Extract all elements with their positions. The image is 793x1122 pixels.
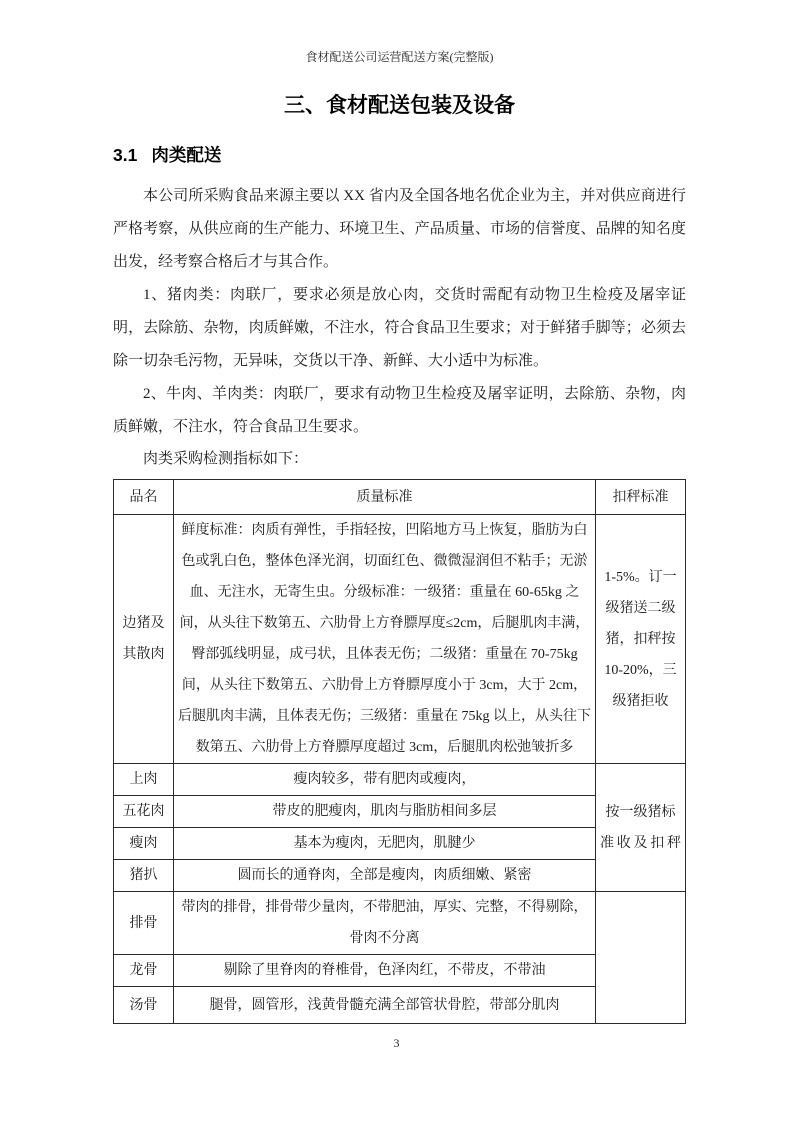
table-header-row: 品名 质量标准 扣秤标准 [114, 480, 686, 515]
quality-cell: 圆而长的通脊肉，全部是瘦肉，肉质细嫩、紧密 [174, 860, 596, 892]
section-number: 3.1 [113, 145, 137, 165]
paragraph-intro: 本公司所采购食品来源主要以 XX 省内及全国各地名优企业为主，并对供应商进行严格… [113, 180, 686, 279]
deduction-cell-empty [596, 892, 686, 1024]
product-name-cell: 龙骨 [114, 955, 174, 987]
quality-cell: 腿骨，圆管形，浅黄骨髓充满全部管状骨腔，带部分肌肉 [174, 987, 596, 1024]
section-heading: 3.1肉类配送 [113, 143, 686, 167]
quality-cell: 基本为瘦肉，无肥肉，肌腱少 [174, 828, 596, 860]
product-name-cell: 边猪及其散肉 [114, 515, 174, 764]
quality-cell: 鲜度标准：肉质有弹性，手指轻按，凹陷地方马上恢复，脂肪为白色或乳白色，整体色泽光… [174, 515, 596, 764]
quality-cell: 带肉的排骨，排骨带少量肉，不带肥油，厚实、完整，不得剔除，骨肉不分离 [174, 892, 596, 955]
page-number: 3 [0, 1036, 793, 1051]
product-name-cell: 猪扒 [114, 860, 174, 892]
product-name-cell: 上肉 [114, 764, 174, 796]
quality-cell: 瘦肉较多，带有肥肉或瘦肉， [174, 764, 596, 796]
section-title: 肉类配送 [151, 145, 221, 165]
running-header: 食材配送公司运营配送方案(完整版) [113, 50, 686, 65]
product-name-cell: 排骨 [114, 892, 174, 955]
paragraph-table-lead: 肉类采购检测指标如下： [113, 444, 686, 474]
quality-cell: 带皮的肥瘦肉，肌肉与脂肪相间多层 [174, 796, 596, 828]
table-row-top-meat: 上肉 瘦肉较多，带有肥肉或瘦肉， 按一级猪标准收及扣秤 [114, 764, 686, 796]
page-content: 食材配送公司运营配送方案(完整版) 三、食材配送包装及设备 3.1肉类配送 本公… [0, 0, 793, 1024]
deduction-cell: 1-5%。订一级猪送二级猪，扣秤按10-20%，三级猪拒收 [596, 515, 686, 764]
header-cell-deduction-standard: 扣秤标准 [596, 480, 686, 515]
doc-title: 三、食材配送包装及设备 [113, 91, 686, 119]
paragraph-beef-mutton: 2、牛肉、羊肉类：肉联厂，要求有动物卫生检疫及屠宰证明，去除筋、杂物，肉质鲜嫩，… [113, 378, 686, 444]
table-row-side-pork: 边猪及其散肉 鲜度标准：肉质有弹性，手指轻按，凹陷地方马上恢复，脂肪为白色或乳白… [114, 515, 686, 764]
quality-cell: 剔除了里脊肉的脊椎骨，色泽肉红，不带皮，不带油 [174, 955, 596, 987]
header-cell-product-name: 品名 [114, 480, 174, 515]
product-name-cell: 汤骨 [114, 987, 174, 1024]
document-page: 食材配送公司运营配送方案(完整版) 三、食材配送包装及设备 3.1肉类配送 本公… [0, 0, 793, 1122]
product-name-cell: 五花肉 [114, 796, 174, 828]
product-name-cell: 瘦肉 [114, 828, 174, 860]
paragraph-pork: 1、猪肉类：肉联厂，要求必须是放心肉，交货时需配有动物卫生检疫及屠宰证明，去除筋… [113, 279, 686, 378]
table-row-spare-ribs: 排骨 带肉的排骨，排骨带少量肉，不带肥油，厚实、完整，不得剔除，骨肉不分离 [114, 892, 686, 955]
meat-standards-table: 品名 质量标准 扣秤标准 边猪及其散肉 鲜度标准：肉质有弹性，手指轻按，凹陷地方… [113, 479, 686, 1024]
deduction-cell-merged: 按一级猪标准收及扣秤 [596, 764, 686, 892]
header-cell-quality-standard: 质量标准 [174, 480, 596, 515]
